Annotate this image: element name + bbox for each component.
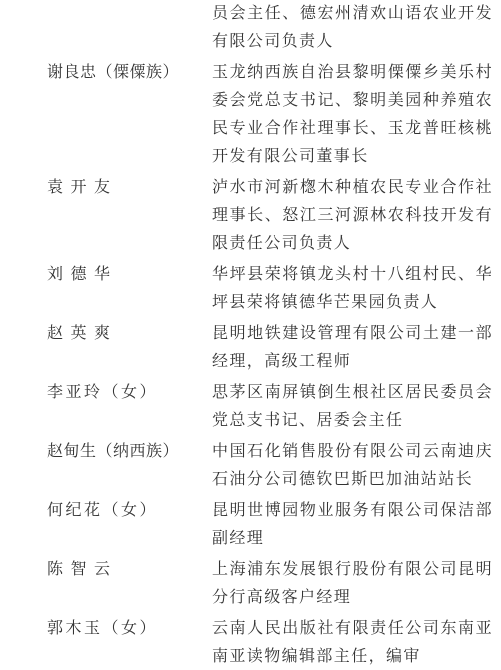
recipient-list: 员会主任、德宏州清欢山语农业开发有限公司负责人 谢良忠（傈僳族） 玉龙纳西族自治… [47,0,493,670]
person-name: 何纪花（女） [47,497,212,525]
person-position: 泸水市河新楤木种植农民专业合作社理事长、怒江三河源林农科技开发有限责任公司负责人 [212,174,493,258]
list-item: 赵甸生（纳西族） 中国石化销售股份有限公司云南迪庆石油分公司德钦巴斯巴加油站站长 [47,438,493,494]
list-item: 何纪花（女） 昆明世博园物业服务有限公司保洁部副经理 [47,497,493,553]
person-name: 谢良忠（傈僳族） [47,59,212,87]
person-name: 袁开友 [47,174,212,202]
list-item: 谢良忠（傈僳族） 玉龙纳西族自治县黎明傈僳乡美乐村委会党总支书记、黎明美园种养殖… [47,59,493,171]
person-position: 华坪县荣将镇龙头村十八组村民、华坪县荣将镇德华芒果园负责人 [212,261,493,317]
person-position: 员会主任、德宏州清欢山语农业开发有限公司负责人 [212,0,493,56]
person-name: 赵英爽 [47,320,212,348]
person-name: 陈智云 [47,556,212,584]
person-name: 李亚玲（女） [47,379,212,407]
person-position: 中国石化销售股份有限公司云南迪庆石油分公司德钦巴斯巴加油站站长 [212,438,493,494]
list-item: 员会主任、德宏州清欢山语农业开发有限公司负责人 [47,0,493,56]
list-item: 袁开友 泸水市河新楤木种植农民专业合作社理事长、怒江三河源林农科技开发有限责任公… [47,174,493,258]
document-page: 员会主任、德宏州清欢山语农业开发有限公司负责人 谢良忠（傈僳族） 玉龙纳西族自治… [0,0,501,670]
list-item: 郭木玉（女） 云南人民出版社有限责任公司东南亚南亚读物编辑部主任，编审 [47,615,493,670]
person-position: 玉龙纳西族自治县黎明傈僳乡美乐村委会党总支书记、黎明美园种养殖农民专业合作社理事… [212,59,493,171]
person-name: 赵甸生（纳西族） [47,438,212,466]
list-item: 赵英爽 昆明地铁建设管理有限公司土建一部经理，高级工程师 [47,320,493,376]
list-item: 李亚玲（女） 思茅区南屏镇倒生根社区居民委员会党总支书记、居委会主任 [47,379,493,435]
person-position: 上海浦东发展银行股份有限公司昆明分行高级客户经理 [212,556,493,612]
person-position: 云南人民出版社有限责任公司东南亚南亚读物编辑部主任，编审 [212,615,493,670]
person-position: 昆明世博园物业服务有限公司保洁部副经理 [212,497,493,553]
person-name: 刘德华 [47,261,212,289]
person-position: 昆明地铁建设管理有限公司土建一部经理，高级工程师 [212,320,493,376]
person-name: 郭木玉（女） [47,615,212,643]
person-position: 思茅区南屏镇倒生根社区居民委员会党总支书记、居委会主任 [212,379,493,435]
list-item: 刘德华 华坪县荣将镇龙头村十八组村民、华坪县荣将镇德华芒果园负责人 [47,261,493,317]
list-item: 陈智云 上海浦东发展银行股份有限公司昆明分行高级客户经理 [47,556,493,612]
